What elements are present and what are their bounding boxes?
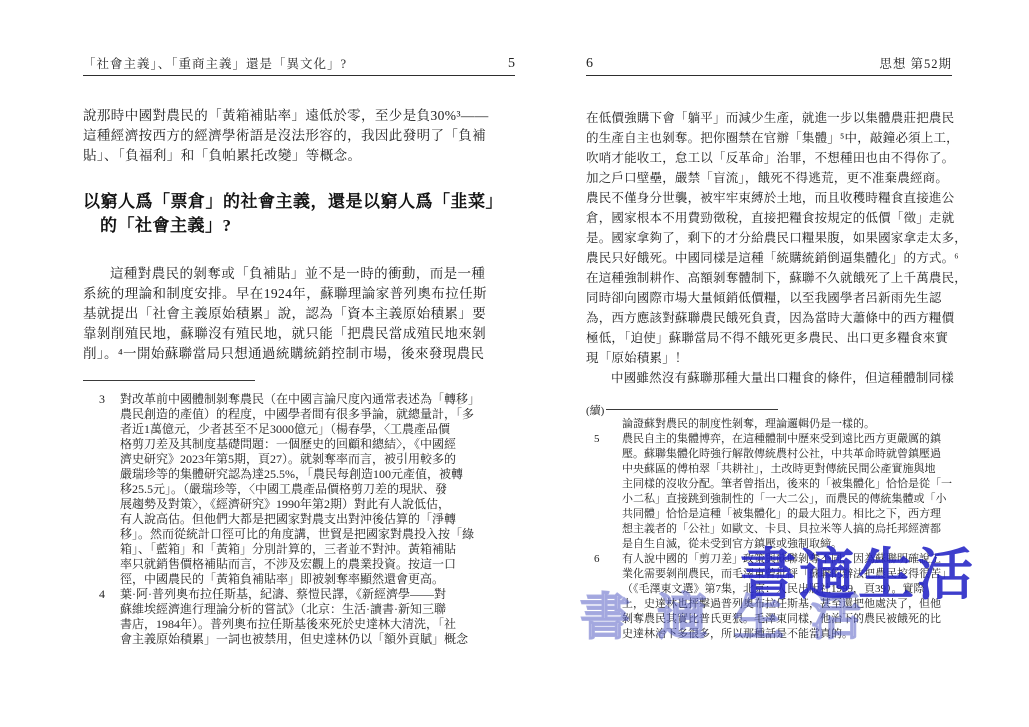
- footnote-text: 有人說中國的「剪刀差」政策與蘇聯剝奪不同，因為蘇聯明確說工業化需要剝削農民，而毛…: [622, 552, 952, 642]
- left-page-header: 「社會主義」、「重商主義」還是「異文化」? 5: [83, 55, 515, 76]
- text-line: 在低價強購下會「躺平」而減少生產，就進一步以集體農莊把農民: [586, 108, 952, 128]
- text-line: 論證蘇對農民的制度性剝奪，理論邏輯仍是一樣的。: [622, 417, 952, 432]
- footnote-number: 6: [586, 552, 622, 567]
- text-line: 會主義原始積累」一詞也被禁用，但史達林仍以「額外貢賦」概念: [120, 632, 515, 647]
- book-spread: 「社會主義」、「重商主義」還是「異文化」? 5 說那時中國對農民的「黃箱補貼率」…: [0, 0, 1029, 727]
- right-page: 6 思想 第52期 在低價強購下會「躺平」而減少生產，就進一步以集體農莊把農民的…: [586, 55, 952, 642]
- journal-title: 思想 第52期: [879, 54, 952, 72]
- body-paragraph: 在低價強購下會「躺平」而減少生產，就進一步以集體農莊把農民的生產自主也剝奪。把你…: [586, 108, 952, 368]
- text-line: 史達林治下多很多，所以那種話是不能當真的。: [622, 627, 952, 642]
- left-page: 「社會主義」、「重商主義」還是「異文化」? 5 說那時中國對農民的「黃箱補貼率」…: [83, 55, 515, 647]
- footnote-5: 5 農民自主的集體博弈，在這種體制中歷來受到遠比西方更嚴厲的鎮壓。蘇聯集體化時強…: [586, 432, 952, 552]
- footnote-number: 3: [83, 392, 120, 407]
- text-line: 格剪刀差及其制度基礎問題：一個歷史的回顧和總結〉，《中國經: [120, 437, 515, 452]
- text-line: 是自生自滅，從未受到官方鎮壓或強制取締。: [622, 537, 952, 552]
- body-paragraph: 這種對農民的剝奪或「負補貼」並不是一時的衝動，而是一種系統的理論和制度安排。早在…: [83, 264, 515, 364]
- text-line: 上，史達林也抨擊過普列奧布拉任斯基，甚至還把他處決了，但他: [622, 597, 952, 612]
- text-line: 在這種強制耕作、高額剝奪體制下，蘇聯不久就餓死了上千萬農民，: [586, 268, 952, 288]
- text-line: 率只就銷售價格補貼而言，不涉及宏觀上的農業投資。按這一口: [120, 557, 515, 572]
- text-line: 者近1萬億元，少者甚至不足3000億元」（楊春學，〈工農產品價: [120, 422, 515, 437]
- text-line: 現「原始積累」！: [586, 348, 952, 368]
- footnote-text: 葉·阿·普列奧布拉任斯基，紀濤、蔡愷民譯，《新經濟學——對蘇維埃經濟進行理論分析…: [120, 587, 515, 647]
- text-line: 展趨勢及對策〉，《經濟研究》1990年第2期）對此有人說低估，: [120, 497, 515, 512]
- text-line: 農民只好餓死。中國同樣是這種「統購統銷倒逼集體化」的方式。⁶: [586, 248, 952, 268]
- body-paragraph: 說那時中國對農民的「黃箱補貼率」遠低於零，至少是負30%³——這種經濟按西方的經…: [83, 106, 515, 166]
- text-line: 農民自主的集體博弈，在這種體制中歷來受到遠比西方更嚴厲的鎮: [622, 432, 952, 447]
- text-line: 蘇維埃經濟進行理論分析的嘗試》（北京：生活·讀書·新知三聯: [120, 602, 515, 617]
- text-line: 這種經濟按西方的經濟學術語是沒法形容的，我因此發明了「負補: [83, 126, 515, 146]
- text-line: 移25.5元」。（嚴瑞珍等，〈中國工農產品價格剪刀差的現狀、發: [120, 482, 515, 497]
- footnote-number: 5: [586, 432, 622, 447]
- text-line: 嚴瑞珍等的集體研究認為達25.5%，「農民每創造100元產值，被轉: [120, 467, 515, 482]
- text-line: 小二私」直接跳到強制性的「一大二公」，而農民的傳統集體或「小: [622, 492, 952, 507]
- text-line: 有人說中國的「剪刀差」政策與蘇聯剝奪不同，因為蘇聯明確說工: [622, 552, 952, 567]
- text-line: 這種對農民的剝奪或「負補貼」並不是一時的衝動，而是一種: [83, 264, 515, 284]
- footnote-separator: [606, 409, 778, 410]
- running-title: 「社會主義」、「重商主義」還是「異文化」?: [83, 54, 347, 72]
- text-line: 削」。⁴一開始蘇聯當局只想通過統購統銷控制市場，後來發現農民: [83, 344, 515, 364]
- page-number-left: 5: [508, 56, 515, 72]
- text-line: 的「社會主義」?: [83, 214, 515, 238]
- text-line: 中國雖然沒有蘇聯那種大量出口糧食的條件，但這種體制同樣: [586, 368, 952, 388]
- text-line: 徑，中國農民的「黃箱負補貼率」即被剝奪率顯然還會更高。: [120, 572, 515, 587]
- footnote-continuation-text: 論證蘇對農民的制度性剝奪，理論邏輯仍是一樣的。: [622, 417, 952, 432]
- continuation-marker: (續): [586, 402, 604, 418]
- text-line: 吹哨才能收工，怠工以「反革命」治罪，不想種田也由不得你了。: [586, 148, 952, 168]
- footnote-6: 6 有人說中國的「剪刀差」政策與蘇聯剝奪不同，因為蘇聯明確說工業化需要剝削農民，…: [586, 552, 952, 642]
- footnote-3: 3 對改革前中國體制剝奪農民（在中國言論尺度內通常表述為「轉移」農民創造的產值）…: [83, 392, 515, 587]
- text-line: 葉·阿·普列奧布拉任斯基，紀濤、蔡愷民譯，《新經濟學——對: [120, 587, 515, 602]
- text-line: 主同樣的沒收分配。筆者曾指出，後來的「被集體化」恰恰是從「一: [622, 477, 952, 492]
- text-line: 說那時中國對農民的「黃箱補貼率」遠低於零，至少是負30%³——: [83, 106, 515, 126]
- footnote-text: 對改革前中國體制剝奪農民（在中國言論尺度內通常表述為「轉移」農民創造的產值）的程…: [120, 392, 515, 587]
- text-line: 業化需要剝削農民，而毛澤東曾批評「蘇聯的辦法把農民挖得很苦」: [622, 567, 952, 582]
- text-line: 加之戶口壁壘，嚴禁「盲流」，餓死不得逃荒，更不准棄農經商。: [586, 168, 952, 188]
- footnote-text: 農民自主的集體博弈，在這種體制中歷來受到遠比西方更嚴厲的鎮壓。蘇聯集體化時強行解…: [622, 432, 952, 552]
- text-line: 靠剝削殖民地，蘇聯沒有殖民地，就只能「把農民當成殖民地來剝: [83, 324, 515, 344]
- section-heading: 以窮人爲「票倉」的社會主義，還是以窮人爲「韭菜」的「社會主義」?: [83, 190, 515, 238]
- text-line: 想主義者的「公社」如歐文、卡貝、貝拉米等人搞的烏托邦經濟都: [622, 522, 952, 537]
- text-line: 基就提出「社會主義原始積累」說，認為「資本主義原始積累」要: [83, 304, 515, 324]
- text-line: 書店，1984年）。普列奧布拉任斯基後來死於史達林大清洗，「社: [120, 617, 515, 632]
- text-line: 貼」、「負福利」和「負帕累托改變」等概念。: [83, 146, 515, 166]
- footnote-continuation-row: (續): [586, 402, 952, 417]
- text-line: 中央蘇區的傅柏翠「共耕社」，土改時更對傳統民間公產實施與地: [622, 462, 952, 477]
- text-line: 對改革前中國體制剝奪農民（在中國言論尺度內通常表述為「轉移」: [120, 392, 515, 407]
- text-line: 是。國家拿夠了，剩下的才分給農民口糧果腹，如果國家拿走太多，: [586, 228, 952, 248]
- text-line: 農民創造的產值）的程度，中國學者間有很多爭論，就總量計，「多: [120, 407, 515, 422]
- text-line: 有人說高估。但他們大都是把國家對農支出對沖後估算的「淨轉: [120, 512, 515, 527]
- text-line: 同時卻向國際市場大量傾銷低價糧，以至我國學者呂新雨先生認: [586, 288, 952, 308]
- text-line: 箱」、「藍箱」和「黃箱」分別計算的，三者並不對沖。黃箱補貼: [120, 542, 515, 557]
- text-line: 系統的理論和制度安排。早在1924年，蘇聯理論家普列奧布拉任斯: [83, 284, 515, 304]
- text-line: 農民不僅身分世襲，被牢牢束縛於土地，而且收穫時糧食直接進公: [586, 188, 952, 208]
- footnote-separator: [83, 380, 255, 381]
- text-line: 極低，「迫使」蘇聯當局不得不餓死更多農民、出口更多糧食來實: [586, 328, 952, 348]
- text-line: 濟史研究》2023年第5期，頁27）。就剝奪率而言，被引用較多的: [120, 452, 515, 467]
- text-line: 移」。然而從統計口徑可比的角度講，世貿是把國家對農投入按「綠: [120, 527, 515, 542]
- text-line: 共同體」恰恰是這種「被集體化」的最大阻力。相比之下，西方理: [622, 507, 952, 522]
- text-line: 為，西方應該對蘇聯農民餓死負責，因為當時大蕭條中的西方糧價: [586, 308, 952, 328]
- footnote-4: 4 葉·阿·普列奧布拉任斯基，紀濤、蔡愷民譯，《新經濟學——對蘇維埃經濟進行理論…: [83, 587, 515, 647]
- text-line: 壓。蘇聯集體化時強行解散傳統農村公社，中共革命時就曾鎮壓過: [622, 447, 952, 462]
- page-number-right: 6: [586, 56, 593, 72]
- body-paragraph: 中國雖然沒有蘇聯那種大量出口糧食的條件，但這種體制同樣: [586, 368, 952, 388]
- right-page-header: 6 思想 第52期: [586, 55, 952, 76]
- footnote-number: 4: [83, 587, 120, 602]
- text-line: 以窮人爲「票倉」的社會主義，還是以窮人爲「韭菜」: [83, 190, 515, 214]
- text-line: 的生產自主也剝奪。把你圈禁在官辦「集體」⁵中，敲鐘必須上工，: [586, 128, 952, 148]
- text-line: （《毛澤東文選》第7集，北京：人民出版社1999，頁39）。實際: [622, 582, 952, 597]
- text-line: 倉，國家根本不用費勁徵稅，直接把糧食按規定的低價「徵」走就: [586, 208, 952, 228]
- text-line: 剝奪農民其實比普氏更狠。毛澤東同樣，他治下的農民被餓死的比: [622, 612, 952, 627]
